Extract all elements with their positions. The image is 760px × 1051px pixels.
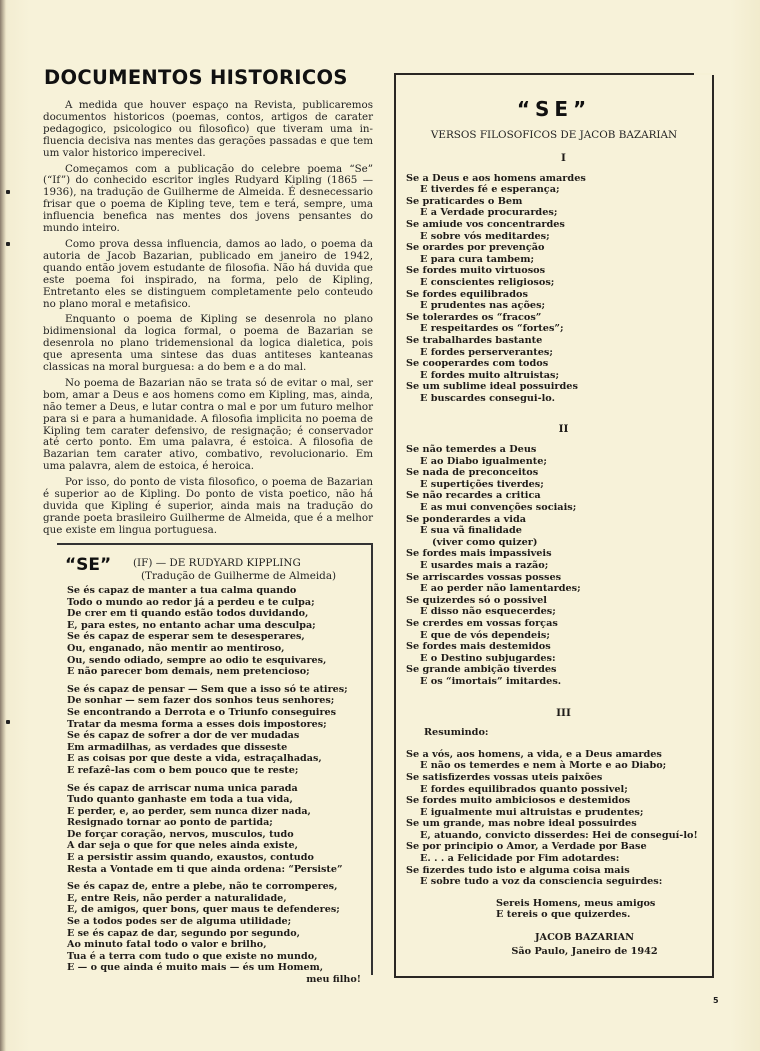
poem-line: E as mui convenções sociais; [406,502,711,514]
poem-line: Se satisfizerdes vossas uteis paixões [406,772,711,784]
poem-line: Ou, enganado, não mentir ao mentiroso, [67,643,367,655]
poem-line: Se a vós, aos homens, a vida, e a Deus a… [406,749,711,761]
bazarian-poem-text: ISe a Deus e aos homens amardesE tiverde… [406,153,711,959]
kipling-poem-text: Se és capaz de manter a tua calma quando… [67,585,367,992]
intro-paragraph: Como prova dessa influencia, damos ao la… [43,239,373,310]
poem-line: De crer em ti quando estão todos duvidan… [67,608,367,620]
poem-line: Se a todos podes ser de alguma utilidade… [67,916,367,928]
kipling-title: “SE” [65,555,111,575]
poem-line: Se fordes equilibrados [406,289,711,301]
poem-line: Em armadilhas, as verdades que disseste [67,742,367,754]
poem-line: E a Verdade procurardes; [406,207,711,219]
poem-line: Se nada de preconceitos [406,467,711,479]
kipling-stanza: Se és capaz de manter a tua calma quando… [67,585,367,678]
poem-line: E, para estes, no entanto achar uma desc… [67,620,367,632]
poem-line: Se um sublime ideal possuirdes [406,381,711,393]
poem-line: E os “imortais” imitardes. [406,676,711,688]
poem-line: Se quizerdes só o possivel [406,595,711,607]
page-number: 5 [713,996,719,1005]
poem-line: E se és capaz de dar, segundo por segund… [67,928,367,940]
box-corner-gap [694,73,716,75]
poem-line: Se encontrando a Derrota e o Triunfo con… [67,707,367,719]
bazarian-poem-box: “SE” VERSOS FILOSOFICOS DE JACOB BAZARIA… [394,73,714,978]
poem-line: E supertições tiverdes; [406,479,711,491]
poem-line: Ao minuto fatal todo o valor e brilho, [67,939,367,951]
poem-line: Se não temerdes a Deus [406,444,711,456]
poem-line: E respeitardes os “fortes”; [406,323,711,335]
poem-line: Se fizerdes tudo isto e alguma coisa mai… [406,865,711,877]
poem-line: Se fordes mais destemidos [406,641,711,653]
poem-line: E não parecer bom demais, nem pretencios… [67,666,367,678]
poem-line: (viver como quizer) [406,537,711,549]
section-gap [406,688,711,708]
poem-line: Todo o mundo ao redor já a perdeu e te c… [67,597,367,609]
poem-line: Se a Deus e aos homens amardes [406,173,711,185]
poem-line: Se fordes mais impassiveis [406,548,711,560]
poem-line: Se trabalhardes bastante [406,335,711,347]
intro-paragraph: Por isso, do ponto de vista filosofico, … [43,477,373,537]
poem-line: E fordes muito altruistas; [406,370,711,382]
poem-line: Tua é a terra com tudo o que existe no m… [67,951,367,963]
kipling-poem-box: “SE” (IF) — DE RUDYARD KIPPLING (Traduçã… [57,543,373,975]
poem-line: Se amiude vos concentrardes [406,219,711,231]
intro-paragraph: No poema de Bazarian não se trata só de … [43,378,373,473]
author-name: JACOB BAZARIAN [458,931,711,945]
poem-line: E sobre vós meditardes; [406,231,711,243]
poem-line: E igualmente mui altruistas e prudentes; [406,807,711,819]
poem-line: Tratar da mesma forma a esses dois impos… [67,719,367,731]
poem-line: E tiverdes fé e esperança; [406,184,711,196]
poem-line: E, entre Reis, não perder a naturalidade… [67,893,367,905]
intro-paragraph: Enquanto o poema de Kipling se desenrola… [43,314,373,374]
poem-line: E disso não esquecerdes; [406,606,711,618]
poem-line: E sua vã finalidade [406,525,711,537]
binding-edge [0,0,6,1051]
poem-line: E que de vós dependeis; [406,630,711,642]
poem-signature: JACOB BAZARIANSão Paulo, Janeiro de 1942 [406,931,711,959]
section-intro: Resumindo: [406,727,711,739]
poem-closing: Sereis Homens, meus amigosE tereis o que… [406,898,711,921]
section-numeral: III [406,708,711,720]
poem-line: E a persistir assim quando, exaustos, co… [67,852,367,864]
poem-line: Se orardes por prevenção [406,242,711,254]
poem-line: Se tolerardes os “fracos” [406,312,711,324]
poem-line: E para cura tambem; [406,254,711,266]
poem-line: Ou, sendo odiado, sempre ao odio te esqu… [67,655,367,667]
poem-line: E as coisas por que deste a vida, estraç… [67,753,367,765]
poem-line: E — o que ainda é muito mais — és um Hom… [67,962,367,974]
poem-line: E buscardes consegui-lo. [406,393,711,405]
section-gap [406,404,711,424]
poem-line: Se por principio o Amor, a Verdade por B… [406,841,711,853]
poem-line: Resta a Vontade em ti que ainda ordena: … [67,864,367,876]
place-date: São Paulo, Janeiro de 1942 [458,945,711,959]
poem-line: Se és capaz de arriscar numa unica parad… [67,783,367,795]
staple-mark [6,242,10,246]
page-title: DOCUMENTOS HISTORICOS [44,66,348,89]
poem-line: E fordes perserverantes; [406,347,711,359]
poem-line: E usardes mais a razão; [406,560,711,572]
poem-line: Se grande ambição tiverdes [406,664,711,676]
poem-line: Se um grande, mas nobre ideal possuirdes [406,818,711,830]
poem-line: A dar seja o que for que neles ainda exi… [67,840,367,852]
poem-line: Se cooperardes com todos [406,358,711,370]
kipling-translator-line: (Tradução de Guilherme de Almeida) [133,570,373,583]
poem-line: Se és capaz de pensar — Sem que a isso s… [67,684,367,696]
poem-line: E ao Diabo igualmente; [406,456,711,468]
kipling-stanza: Se és capaz de arriscar numa unica parad… [67,783,367,876]
poem-line: Se és capaz de manter a tua calma quando [67,585,367,597]
closing-line: Sereis Homens, meus amigos [496,898,711,910]
poem-line: E perder, e, ao perder, sem nunca dizer … [67,806,367,818]
staple-mark [6,190,10,194]
bazarian-title: “SE” [396,97,712,121]
poem-line: Se és capaz de esperar sem te desesperar… [67,631,367,643]
poem-line: Se crerdes em vossas forças [406,618,711,630]
intro-paragraph: Começamos com a publicação do celebre po… [43,164,373,235]
kipling-subtitle: (IF) — DE RUDYARD KIPPLING (Tradução de … [133,557,373,582]
kipling-stanza: Se és capaz de pensar — Sem que a isso s… [67,684,367,777]
poem-line: E ao perder não lamentardes; [406,583,711,595]
poem-line: E, atuando, convicto disserdes: Hei de c… [406,830,711,842]
kipling-stanza: Se és capaz de, entre a plebe, não te co… [67,881,367,985]
poem-line: Se praticardes o Bem [406,196,711,208]
poem-line: Se não recardes a critica [406,490,711,502]
poem-line: Se ponderardes a vida [406,514,711,526]
intro-paragraph: A medida que houver espaço na Revista, p… [43,100,373,160]
section-numeral: II [406,424,711,436]
intro-article: A medida que houver espaço na Revista, p… [43,100,373,541]
poem-line: E refazê-las com o bem pouco que te rest… [67,765,367,777]
poem-line: Se és capaz de sofrer a dor de ver mudad… [67,730,367,742]
staple-mark [6,720,10,724]
poem-line-final: meu filho! [67,974,367,986]
poem-line: E prudentes nas ações; [406,300,711,312]
poem-line: E sobre tudo a voz da consciencia seguir… [406,876,711,888]
poem-line: Resignado tornar ao ponto de partida; [67,817,367,829]
poem-line: E fordes equilibrados quanto possivel; [406,784,711,796]
bazarian-subtitle: VERSOS FILOSOFICOS DE JACOB BAZARIAN [396,129,712,141]
poem-line: Se és capaz de, entre a plebe, não te co… [67,881,367,893]
poem-line: Se fordes muito virtuosos [406,265,711,277]
poem-line: E, de amigos, quer bons, quer maus te de… [67,904,367,916]
poem-line: Se fordes muito ambiciosos e destemidos [406,795,711,807]
poem-line: Tudo quanto ganhaste em toda a tua vida, [67,794,367,806]
kipling-author-line: (IF) — DE RUDYARD KIPPLING [133,557,373,570]
closing-line: E tereis o que quizerdes. [496,909,711,921]
poem-line: E o Destino subjugardes: [406,653,711,665]
poem-line: De sonhar — sem fazer dos sonhos teus se… [67,695,367,707]
poem-line: E não os temerdes e nem à Morte e ao Dia… [406,760,711,772]
poem-line: E conscientes religiosos; [406,277,711,289]
poem-line: E. . . a Felicidade por Fim adotardes: [406,853,711,865]
poem-line: De forçar coração, nervos, musculos, tud… [67,829,367,841]
poem-line: Se arriscardes vossas posses [406,572,711,584]
section-numeral: I [406,153,711,165]
